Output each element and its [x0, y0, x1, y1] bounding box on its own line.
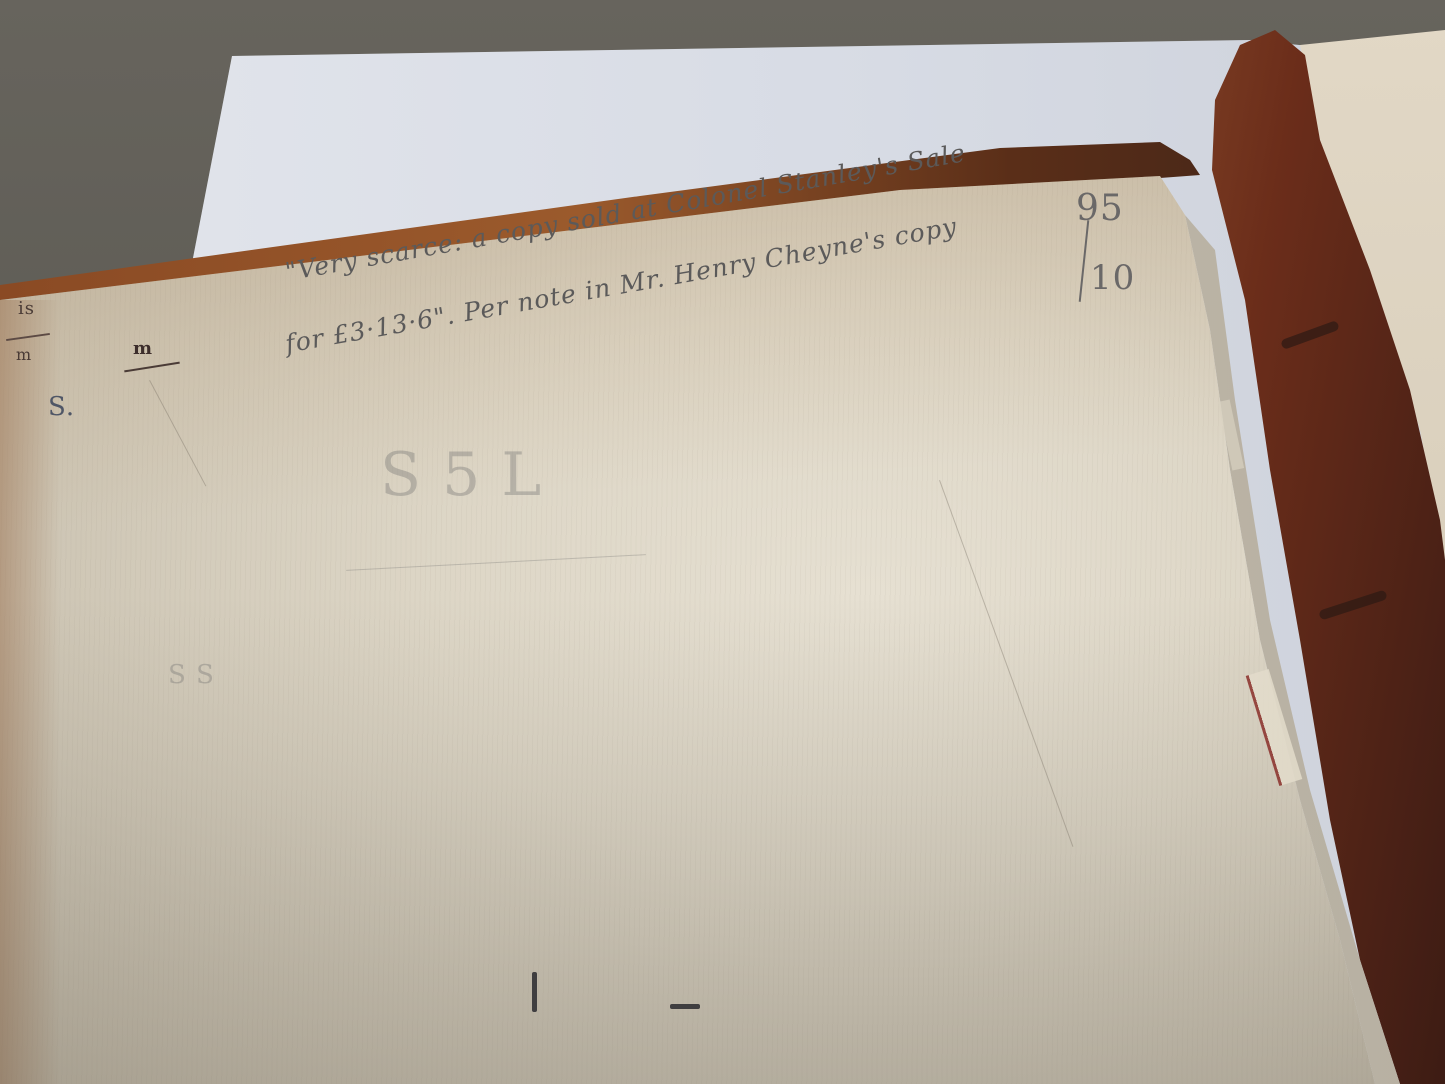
shelf-mark-numerator: is — [18, 298, 35, 319]
price-mark-top: 95 — [1076, 188, 1124, 229]
ink-mark-m: m — [133, 338, 153, 359]
photo-scene: "Very scarce: a copy sold at Colonel Sta… — [0, 0, 1445, 1084]
ink-mark-s: S. — [48, 392, 75, 422]
faint-pencil-scribble: S 5 L — [380, 440, 542, 510]
price-mark-bottom: 10 — [1090, 258, 1135, 298]
faint-pencil-mark: S S — [168, 660, 215, 690]
shelf-mark-denominator: m — [16, 345, 32, 364]
pencil-tick-horizontal — [670, 1004, 700, 1009]
pencil-tick-vertical — [532, 972, 537, 1012]
